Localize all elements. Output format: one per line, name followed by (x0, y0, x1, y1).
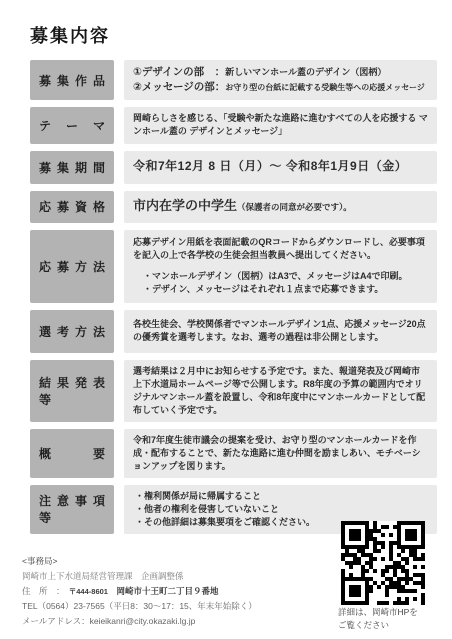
row-label-cell: 概 要 (30, 429, 114, 478)
flyer-page: 募集内容 募 集 作 品 ①デザインの部 ：新しいマンホール蓋のデザイン（図柄）… (0, 0, 452, 639)
table-row-how-to-apply: 応 募 方 法 応募デザイン用紙を表面記載のQRコードからダウンロードし、必要事… (30, 230, 437, 303)
bullet-list: ・マンホールデザイン（図柄）はA3で、メッセージはA4で印刷。 ・デザイン、メッ… (133, 270, 428, 296)
row-label: 応 募 資 格 (39, 198, 105, 215)
contact-address-line: 住 所 ： 〒444-8601 岡崎市十王町二丁目９番地 (22, 584, 257, 599)
table-row-eligibility: 応 募 資 格 市内在学の中学生（保護者の同意が必要です）。 (30, 191, 437, 223)
row-content-text: 令和7年度生徒市議会の提案を受け、お守り型のマンホールカードを作成・配布すること… (133, 434, 428, 473)
row-label: 注 意 事 項 等 (39, 492, 105, 526)
contact-block: <事務局> 岡崎市上下水道局経営管理課 企画調整係 住 所 ： 〒444-860… (22, 554, 257, 628)
spec-table: 募 集 作 品 ①デザインの部 ：新しいマンホール蓋のデザイン（図柄） ②メッセ… (30, 60, 437, 534)
row-content-line: ②メッセージの部：お守り型の台紙に記載する受験生等への応援メッセージ (133, 80, 428, 95)
email-address: keieikanri@city.okazaki.lg.jp (90, 616, 196, 626)
row-label: 募 集 作 品 (39, 72, 105, 89)
contact-email-line: メールアドレス：keieikanri@city.okazaki.lg.jp (22, 614, 257, 629)
row-label-cell: テ ー マ (30, 107, 114, 143)
content-body: お守り型の台紙に記載する受験生等への応援メッセージ (225, 83, 425, 92)
table-row-overview: 概 要 令和7年度生徒市議会の提案を受け、お守り型のマンホールカードを作成・配布… (30, 429, 437, 478)
row-label-cell: 注 意 事 項 等 (30, 485, 114, 534)
table-row-theme: テ ー マ 岡崎らしさを感じる、「受験や新たな進路に進むすべての人を応援する マ… (30, 107, 437, 143)
content-head: ①デザインの部 ： (133, 66, 225, 78)
row-content-cell: ①デザインの部 ：新しいマンホール蓋のデザイン（図柄） ②メッセージの部：お守り… (124, 60, 437, 100)
bullet-item: ・マンホールデザイン（図柄）はA3で、メッセージはA4で印刷。 (143, 270, 428, 283)
table-row-entry-works: 募 集 作 品 ①デザインの部 ：新しいマンホール蓋のデザイン（図柄） ②メッセ… (30, 60, 437, 100)
row-label-cell: 応 募 資 格 (30, 191, 114, 223)
row-label: テ ー マ (39, 117, 105, 134)
bullet-item: ・他者の権利を侵害していないこと (135, 503, 428, 516)
row-content-cell: 令和7年12月 8 日（月）～ 令和8年1月9日（金） (124, 151, 437, 184)
row-label: 選 考 方 法 (39, 323, 105, 340)
email-label: メールアドレス： (22, 616, 90, 626)
page-title: 募集内容 (30, 22, 110, 48)
row-content-text: 岡崎らしさを感じる、「受験や新たな進路に進むすべての人を応援する マンホール蓋の… (133, 112, 428, 138)
row-content-cell: 各校生徒会、学校関係者でマンホールデザイン1点、応援メッセージ20点の優秀賞を選… (124, 310, 437, 353)
row-label-cell: 募 集 期 間 (30, 151, 114, 184)
row-content-text: 選考結果は２月中にお知らせする予定です。また、報道発表及び岡崎市上下水道局ホーム… (133, 365, 428, 417)
contact-tel-line: TEL（0564）23-7565（平日8：30～17：15、年末年始除く） (22, 599, 257, 614)
row-label: 結 果 発 表 等 (39, 374, 105, 408)
postal-code: 〒444-8601 (69, 587, 108, 596)
contact-heading: <事務局> (22, 554, 257, 569)
bullet-item: ・権利関係が局に帰属すること (135, 490, 428, 503)
row-content-cell: 応募デザイン用紙を表面記載のQRコードからダウンロードし、必要事項を記入の上で各… (124, 230, 437, 303)
address-text: 岡崎市十王町二丁目９番地 (108, 586, 219, 596)
row-label-cell: 募 集 作 品 (30, 60, 114, 100)
row-label: 概 要 (39, 445, 105, 462)
row-content-paragraph: 応募デザイン用紙を表面記載のQRコードからダウンロードし、必要事項を記入の上で各… (133, 236, 428, 262)
table-row-selection: 選 考 方 法 各校生徒会、学校関係者でマンホールデザイン1点、応援メッセージ2… (30, 310, 437, 353)
contact-department: 岡崎市上下水道局経営管理課 企画調整係 (22, 569, 257, 584)
row-label-cell: 選 考 方 法 (30, 310, 114, 353)
row-label: 募 集 期 間 (39, 159, 105, 176)
content-note: （保護者の同意が必要です）。 (237, 202, 352, 212)
address-label: 住 所 ： (22, 586, 69, 596)
qr-caption-line: ご覧ください (338, 619, 418, 632)
row-content-line: 市内在学の中学生（保護者の同意が必要です）。 (133, 197, 428, 216)
row-content-text: 令和7年12月 8 日（月）～ 令和8年1月9日（金） (133, 158, 428, 175)
content-head: ②メッセージの部： (133, 81, 225, 93)
qr-code (341, 521, 425, 605)
row-content-cell: 選考結果は２月中にお知らせする予定です。また、報道発表及び岡崎市上下水道局ホーム… (124, 360, 437, 422)
row-label-cell: 結 果 発 表 等 (30, 360, 114, 422)
row-label: 応 募 方 法 (39, 258, 105, 275)
row-label-cell: 応 募 方 法 (30, 230, 114, 303)
content-body: 新しいマンホール蓋のデザイン（図柄） (225, 67, 386, 77)
row-content-cell: 市内在学の中学生（保護者の同意が必要です）。 (124, 191, 437, 223)
qr-caption-line: 詳細は、岡崎市HPを (338, 606, 418, 619)
row-content-cell: 岡崎らしさを感じる、「受験や新たな進路に進むすべての人を応援する マンホール蓋の… (124, 107, 437, 143)
content-main: 市内在学の中学生 (133, 198, 237, 213)
table-row-results: 結 果 発 表 等 選考結果は２月中にお知らせする予定です。また、報道発表及び岡… (30, 360, 437, 422)
row-content-text: 各校生徒会、学校関係者でマンホールデザイン1点、応援メッセージ20点の優秀賞を選… (133, 318, 428, 344)
row-content-cell: 令和7年度生徒市議会の提案を受け、お守り型のマンホールカードを作成・配布すること… (124, 429, 437, 478)
row-content-line: ①デザインの部 ：新しいマンホール蓋のデザイン（図柄） (133, 65, 428, 80)
qr-caption: 詳細は、岡崎市HPを ご覧ください (338, 606, 418, 632)
table-row-period: 募 集 期 間 令和7年12月 8 日（月）～ 令和8年1月9日（金） (30, 151, 437, 184)
bullet-item: ・デザイン、メッセージはそれぞれ１点まで応募できます。 (143, 283, 428, 296)
